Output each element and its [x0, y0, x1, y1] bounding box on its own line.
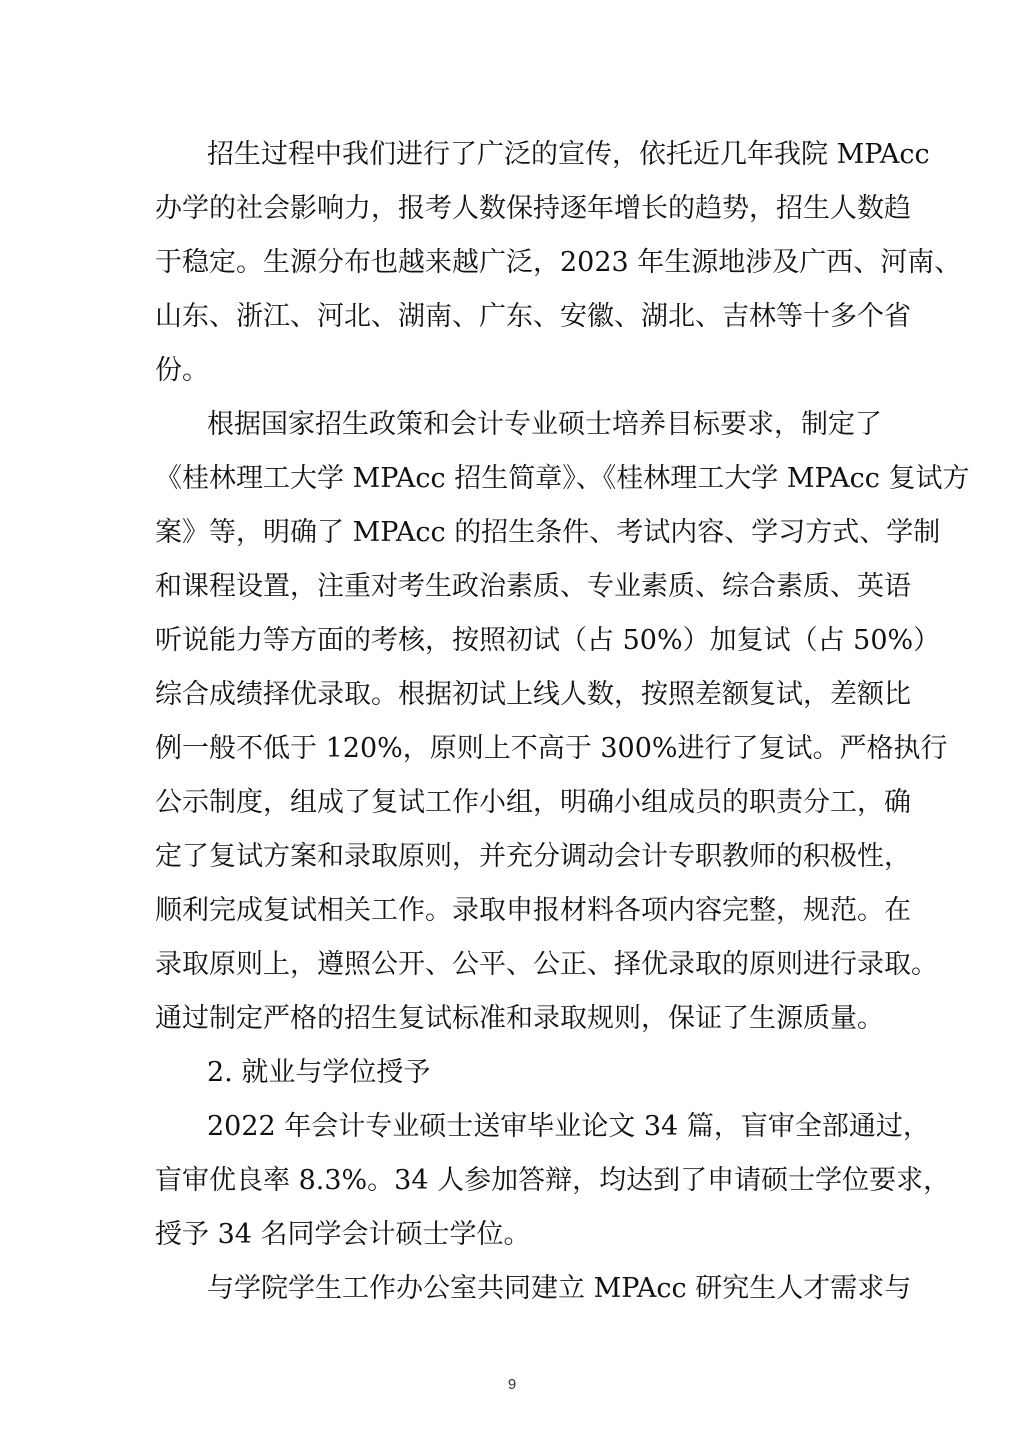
text-line: 通过制定严格的招生复试标准和录取规则，保证了生源质量。	[155, 992, 869, 1046]
text-line: 与学院学生工作办公室共同建立 MPAcc 研究生人才需求与	[155, 1262, 869, 1316]
text-line: 综合成绩择优录取。根据初试上线人数，按照差额复试，差额比	[155, 668, 869, 722]
document-page: 招生过程中我们进行了广泛的宣传，依托近几年我院 MPAcc 办学的社会影响力，报…	[155, 128, 869, 1316]
text-line: 顺利完成复试相关工作。录取申报材料各项内容完整，规范。在	[155, 884, 869, 938]
paragraph-thesis-review: 2022 年会计专业硕士送审毕业论文 34 篇，盲审全部通过， 盲审优良率 8.…	[155, 1100, 869, 1262]
paragraph-enrollment-publicity: 招生过程中我们进行了广泛的宣传，依托近几年我院 MPAcc 办学的社会影响力，报…	[155, 128, 869, 398]
text-line: 和课程设置，注重对考生政治素质、专业素质、综合素质、英语	[155, 560, 869, 614]
page-number: 9	[0, 1376, 1024, 1393]
text-line: 定了复试方案和录取原则，并充分调动会计专职教师的积极性，	[155, 830, 869, 884]
section-heading-employment-degree: 2. 就业与学位授予	[155, 1046, 869, 1100]
text-line: 根据国家招生政策和会计专业硕士培养目标要求，制定了	[155, 398, 869, 452]
text-line: 山东、浙江、河北、湖南、广东、安徽、湖北、吉林等十多个省	[155, 290, 869, 344]
text-line: 于稳定。生源分布也越来越广泛，2023 年生源地涉及广西、河南、	[155, 236, 869, 290]
text-line: 份。	[155, 344, 869, 398]
text-line: 听说能力等方面的考核，按照初试（占 50%）加复试（占 50%）	[155, 614, 869, 668]
text-line: 2022 年会计专业硕士送审毕业论文 34 篇，盲审全部通过，	[155, 1100, 869, 1154]
paragraph-admission-policy: 根据国家招生政策和会计专业硕士培养目标要求，制定了 《桂林理工大学 MPAcc …	[155, 398, 869, 1046]
text-line: 公示制度，组成了复试工作小组，明确小组成员的职责分工，确	[155, 776, 869, 830]
text-line: 《桂林理工大学 MPAcc 招生简章》、《桂林理工大学 MPAcc 复试方	[155, 452, 869, 506]
text-line: 办学的社会影响力，报考人数保持逐年增长的趋势，招生人数趋	[155, 182, 869, 236]
text-line: 例一般不低于 120%，原则上不高于 300%进行了复试。严格执行	[155, 722, 869, 776]
paragraph-talent-demand: 与学院学生工作办公室共同建立 MPAcc 研究生人才需求与	[155, 1262, 869, 1316]
text-line: 招生过程中我们进行了广泛的宣传，依托近几年我院 MPAcc	[155, 128, 869, 182]
text-line: 盲审优良率 8.3%。34 人参加答辩，均达到了申请硕士学位要求，	[155, 1154, 869, 1208]
text-line: 案》等，明确了 MPAcc 的招生条件、考试内容、学习方式、学制	[155, 506, 869, 560]
text-line: 授予 34 名同学会计硕士学位。	[155, 1208, 869, 1262]
text-line: 录取原则上，遵照公开、公平、公正、择优录取的原则进行录取。	[155, 938, 869, 992]
